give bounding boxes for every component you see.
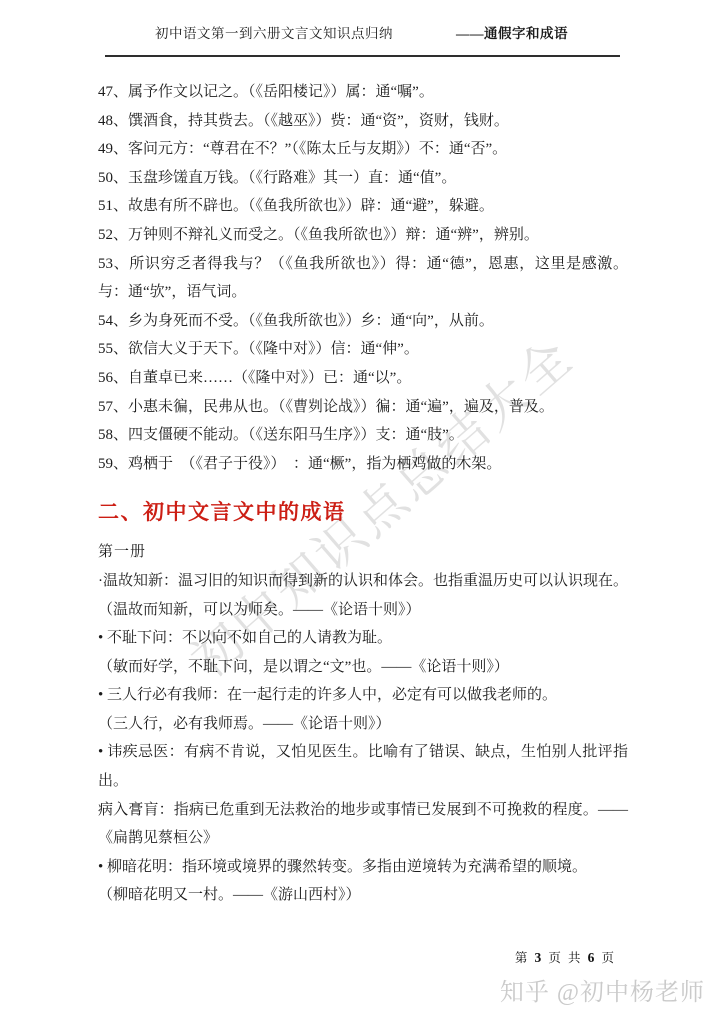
tongjiazi-item-56: 56、自董卓已来……（《隆中对》）已：通“以”。 (98, 364, 628, 393)
idiom-entry-wengu: ·温故知新：温习旧的知识而得到新的认识和体会。也指重温历史可以认识现在。 (98, 567, 628, 596)
tongjiazi-item-53: 53、所识穷乏者得我与？（《鱼我所欲也》）得：通“德”，恩惠，这里是感激。 与：… (98, 250, 628, 307)
tongjiazi-item-51: 51、故患有所不辟也。（《鱼我所欲也》）辟：通“避”，躲避。 (98, 192, 628, 221)
idiom-entry-huijijiyi: • 讳疾忌医：有病不肯说，又怕见医生。比喻有了错误、缺点，生怕别人批评指出。 (98, 738, 628, 795)
tongjiazi-item-54: 54、乡为身死而不受。（《鱼我所欲也》）乡：通“向”，从前。 (98, 307, 628, 336)
page-number-current: 3 (534, 950, 543, 965)
idiom-entry-liuanhuaming: • 柳暗花明：指环境或境界的骤然转变。多指由逆境转为充满希望的顺境。 (98, 853, 628, 882)
tongjiazi-item-48: 48、馔酒食，持其赀去。（《越巫》）赀：通“资”，资财，钱财。 (98, 107, 628, 136)
tongjiazi-item-57: 57、小惠未徧，民弗从也。（《曹刿论战》）徧：通“遍”，遍及，普及。 (98, 393, 628, 422)
header-divider (105, 55, 620, 57)
tongjiazi-item-59: 59、鸡栖于 （《君子于役》） ：通“橛”，指为栖鸡做的木架。 (98, 450, 628, 479)
section-heading-idioms: 二、初中文言文中的成语 (98, 497, 628, 527)
idiom-source-sanrenxing: （三人行，必有我师焉。——《论语十则》） (98, 710, 628, 739)
tongjiazi-item-55: 55、欲信大义于天下。（《隆中对》）信：通“伸”。 (98, 335, 628, 364)
tongjiazi-item-49: 49、客问元方：“尊君在不？”（《陈太丘与友期》）不：通“否”。 (98, 135, 628, 164)
page-number: 第 3 页 共 6 页 (515, 948, 616, 966)
page-header: 初中语文第一到六册文言文知识点归纳 ——通假字和成语 (0, 0, 720, 42)
tongjiazi-item-52: 52、万钟则不辩礼义而受之。（《鱼我所欲也》）辩：通“辨”，辨别。 (98, 221, 628, 250)
doc-title: 初中语文第一到六册文言文知识点归纳 (155, 22, 393, 42)
idiom-entry-buchixiawen: • 不耻下问：不以向不如自己的人请教为耻。 (98, 624, 628, 653)
header-section-label: ——通假字和成语 (456, 22, 568, 42)
page-number-suffix: 页 (601, 951, 616, 965)
document-page: 初中语文第一到六册文言文知识点归纳 ——通假字和成语 初中知识点总结大全 47、… (0, 0, 720, 1019)
page-number-total: 6 (588, 950, 597, 965)
idiom-entry-sanrenxing: • 三人行必有我师：在一起行走的许多人中，必定有可以做我老师的。 (98, 681, 628, 710)
document-body: 47、属予作文以记之。（《岳阳楼记》）属：通“嘱”。 48、馔酒食，持其赀去。（… (98, 78, 628, 910)
idiom-source-liuanhuaming: （柳暗花明又一村。——《游山西村》） (98, 881, 628, 910)
page-number-middle: 页 共 (548, 951, 582, 965)
page-number-prefix: 第 (515, 951, 530, 965)
idiom-entry-bingrugaohuang: 病入膏肓：指病已危重到无法救治的地步或事情已发展到不可挽救的程度。——《扁鹊见蔡… (98, 796, 628, 853)
idiom-source-buchixiawen: （敏而好学，不耻下问，是以谓之“文”也。——《论语十则》） (98, 653, 628, 682)
idiom-source-wengu: （温故而知新，可以为师矣。——《论语十则》） (98, 596, 628, 625)
tongjiazi-item-47: 47、属予作文以记之。（《岳阳楼记》）属：通“嘱”。 (98, 78, 628, 107)
volume-label: 第一册 (98, 538, 628, 567)
zhihu-author-watermark: 知乎 @初中杨老师 (500, 972, 705, 1007)
tongjiazi-item-58: 58、四支僵硬不能动。（《送东阳马生序》）支：通“肢”。 (98, 421, 628, 450)
tongjiazi-item-50: 50、玉盘珍馐直万钱。（《行路难》其一）直：通“值”。 (98, 164, 628, 193)
